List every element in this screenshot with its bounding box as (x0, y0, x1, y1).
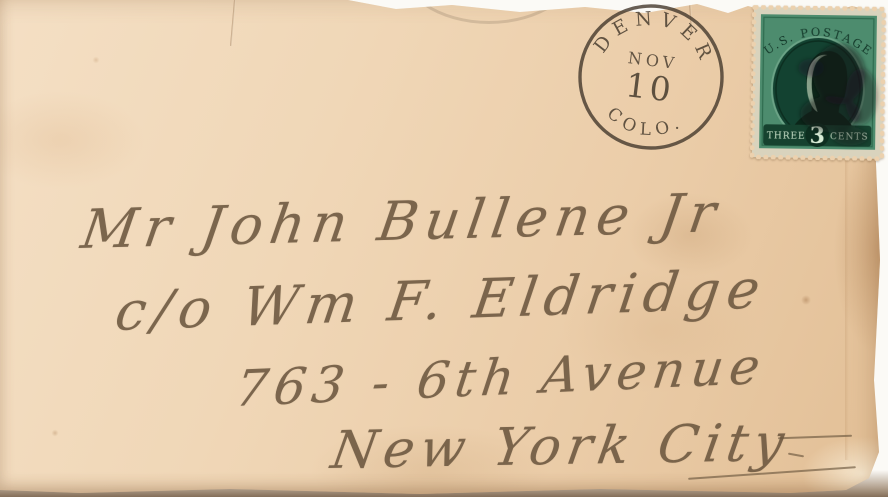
crease-mark (230, 0, 236, 46)
address-line-care-of: c/o Wm F. Eldridge (112, 257, 771, 343)
address-line-city: New York City (327, 413, 794, 481)
fold-mark (845, 150, 849, 460)
envelope-scan: Mr John Bullene Jr c/o Wm F. Eldridge 76… (0, 0, 888, 497)
partial-postmark-arc (396, 0, 582, 24)
postage-stamp: U.S. POSTAGE THREE 3 CENTS (750, 5, 886, 161)
postmark: DENVER NOV 10 COLO. (556, 0, 745, 172)
stamp-three-label: THREE (767, 131, 806, 142)
flourish-underline (788, 453, 804, 458)
postmark-day: 10 (624, 65, 676, 110)
address-line-recipient: Mr John Bullene Jr (77, 181, 727, 261)
address-line-street: 763 - 6th Avenue (232, 337, 769, 418)
